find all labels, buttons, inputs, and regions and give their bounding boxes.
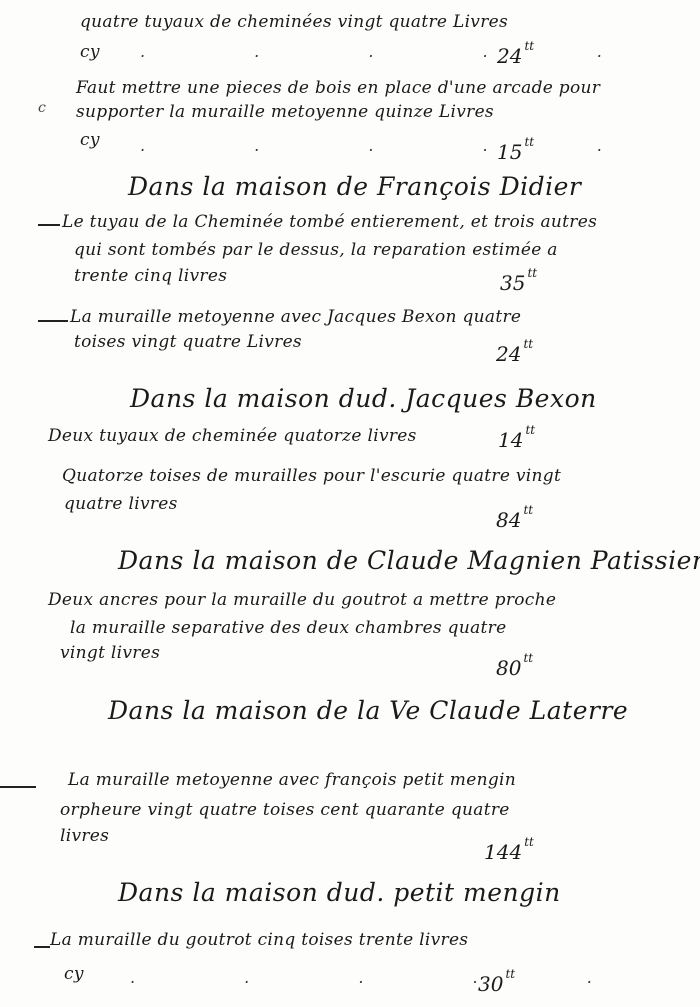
entry-line: la muraille separative des deux chambres… [70,620,506,637]
amount: 15tt [497,142,534,162]
amount: 80tt [496,658,533,678]
dot-leader: . . . . . [140,44,654,60]
entry-line: toises vingt quatre Livres [74,334,302,351]
manuscript-page: quatre tuyaux de cheminées vingt quatre … [0,0,700,1007]
entry-line: Faut mettre une pieces de bois en place … [76,80,600,97]
entry-line: La muraille metoyenne avec Jacques Bexon… [70,309,521,326]
entry-line: supporter la muraille metoyenne quinze L… [76,104,494,121]
margin-mark: c [38,100,46,116]
amount: 24tt [496,344,533,364]
section-heading: Dans la maison dud. petit mengin [118,880,561,905]
entry-line: quatre livres [64,496,178,513]
section-heading: Dans la maison dud. Jacques Bexon [130,386,597,411]
amount: 144tt [484,842,534,862]
amount: 84tt [496,510,533,530]
entry-line: Le tuyau de la Cheminée tombé entieremen… [62,214,597,231]
cy-mark: cy [80,44,100,61]
entry-line: Deux tuyaux de cheminée quatorze livres [48,428,417,445]
amount: 35tt [500,273,537,293]
entry-line: orpheure vingt quatre toises cent quaran… [60,802,510,819]
cy-mark: cy [64,966,84,983]
dot-leader: . . . . . [140,138,654,154]
entry-line: trente cinq livres [74,268,227,285]
section-heading: Dans la maison de la Ve Claude Laterre [108,698,628,723]
margin-dash [38,224,60,226]
amount: 30tt [478,974,515,994]
margin-dash [0,786,36,788]
entry-line: La muraille metoyenne avec françois peti… [68,772,516,789]
entry-line: La muraille du goutrot cinq toises trent… [50,932,468,949]
entry-line: qui sont tombés par le dessus, la repara… [74,242,558,259]
amount: 14tt [498,430,535,450]
entry-line: quatre tuyaux de cheminées vingt quatre … [80,14,508,31]
entry-line: vingt livres [60,645,160,662]
dot-leader: . . . . . [130,970,644,986]
margin-dash [38,320,68,322]
entry-line: Quatorze toises de murailles pour l'escu… [62,468,561,485]
margin-dash [34,946,50,948]
section-heading: Dans la maison de François Didier [128,174,581,199]
entry-line: livres [60,828,109,845]
cy-mark: cy [80,132,100,149]
section-heading: Dans la maison de Claude Magnien Patissi… [118,548,700,573]
entry-line: Deux ancres pour la muraille du goutrot … [48,592,556,609]
amount: 24tt [497,46,534,66]
